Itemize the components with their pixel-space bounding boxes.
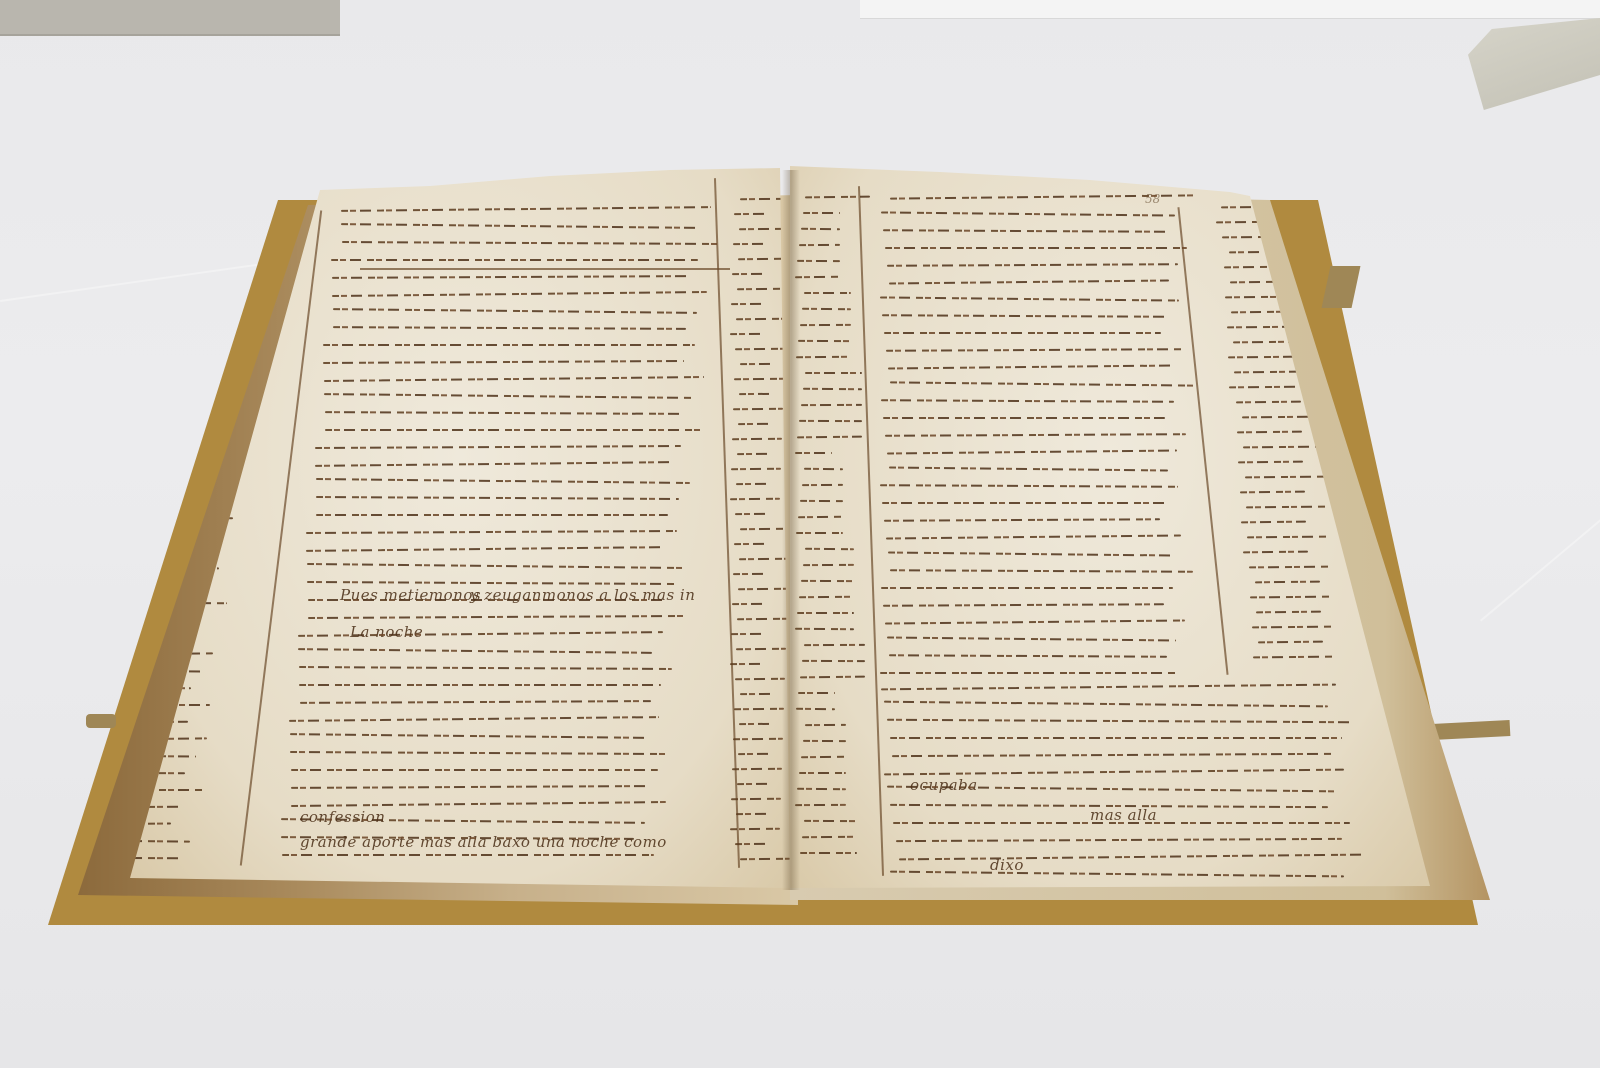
handwriting-line (1256, 611, 1321, 614)
handwriting-line (805, 372, 862, 374)
handwriting-line (802, 308, 851, 311)
handwriting-line (315, 445, 681, 449)
handwriting-line (1246, 506, 1326, 509)
handwriting-line (890, 871, 1344, 878)
handwriting-line (800, 852, 857, 854)
handwriting-line (323, 360, 684, 364)
handwriting-line (732, 603, 767, 605)
handwriting-line (1229, 386, 1309, 389)
handwriting-line (734, 213, 769, 215)
handwriting-line (797, 260, 840, 262)
handwriting-line (332, 291, 707, 297)
handwriting-line (737, 288, 787, 291)
handwriting-line (298, 648, 652, 654)
handwriting-line (307, 563, 686, 569)
handwriting-line (736, 483, 771, 485)
handwriting-line (333, 326, 686, 330)
handwriting-line (130, 857, 179, 860)
handwriting-line (880, 484, 1178, 488)
handwriting-line (803, 388, 862, 391)
section-rule (360, 268, 730, 270)
handwriting-line (740, 693, 775, 695)
handwriting-line (731, 798, 781, 801)
handwriting-line (132, 347, 235, 350)
handwriting-line (887, 636, 1176, 641)
handwriting-line (882, 502, 1169, 504)
handwriting-line (307, 581, 675, 585)
handwriting-line (883, 603, 1164, 606)
handwriting-line (801, 404, 862, 406)
handwriting-line (316, 496, 679, 500)
handwriting-line (1241, 521, 1306, 524)
handwriting-line (795, 452, 832, 454)
handwriting-line (888, 365, 1173, 370)
handwriting-line (300, 700, 651, 704)
cover-tie-left (86, 714, 116, 728)
handwriting-line (888, 552, 1172, 557)
handwriting-line (797, 788, 846, 791)
handwriting-line (132, 364, 224, 366)
handwriting-line (282, 854, 654, 856)
handwriting-line (1243, 551, 1308, 554)
handwriting-line (805, 548, 854, 551)
handwriting-line (342, 241, 720, 245)
handwriting-line (884, 769, 1344, 776)
handwriting-fragment: Pues metiemonos (340, 586, 481, 604)
handwriting-line (734, 378, 784, 381)
handwriting-line (341, 206, 711, 212)
handwriting-line (881, 399, 1174, 403)
handwriting-line (738, 753, 773, 755)
handwriting-line (740, 363, 775, 365)
handwriting-line (799, 420, 862, 422)
handwriting-line (883, 417, 1165, 419)
handwriting-line (1240, 491, 1305, 494)
handwriting-line (299, 666, 672, 670)
handwriting-line (736, 648, 786, 651)
handwriting-line (730, 663, 765, 665)
handwriting-line (291, 769, 658, 771)
margin-rule (714, 178, 740, 868)
handwriting-line (143, 296, 249, 299)
handwriting-line (732, 273, 767, 275)
handwriting-line (795, 628, 854, 631)
handwriting-line (332, 275, 688, 279)
handwriting-line (738, 588, 788, 591)
book-gutter (782, 170, 800, 890)
handwriting-line (885, 433, 1186, 437)
handwriting-line (802, 660, 865, 662)
handwriting-line (880, 672, 1177, 674)
handwriting-line (733, 738, 783, 741)
handwriting-line (730, 333, 765, 335)
handwriting-line (732, 768, 782, 771)
book-weight (1468, 18, 1600, 110)
handwriting-line (738, 258, 788, 261)
handwriting-line (733, 243, 768, 245)
handwriting-line (1249, 566, 1329, 569)
handwriting-line (884, 701, 1328, 708)
handwriting-line (736, 318, 786, 321)
handwriting-line (731, 303, 766, 305)
handwriting-line (1255, 581, 1320, 584)
storage-box (0, 0, 340, 36)
handwriting-line (291, 801, 666, 807)
handwriting-line (884, 332, 1161, 334)
handwriting-line (885, 247, 1187, 249)
handwriting-line (736, 813, 771, 815)
handwriting-line (143, 244, 252, 247)
handwriting-line (738, 423, 773, 425)
handwriting-line (737, 783, 772, 785)
manuscript-page-left: Pues metiemonos y zeuganmonos a los mas … (130, 168, 790, 888)
margin-rule (1177, 207, 1228, 675)
handwriting-line (290, 751, 668, 755)
handwriting-line (803, 740, 846, 742)
handwriting-line (1238, 461, 1303, 464)
handwriting-line (890, 569, 1193, 573)
handwriting-line (803, 212, 840, 214)
handwriting-fragment: y zeuganmonos a los mas in (470, 586, 695, 604)
handwriting-line (881, 587, 1173, 589)
handwriting-line (333, 308, 697, 314)
handwriting-line (803, 564, 854, 566)
handwriting-line (290, 733, 649, 739)
handwriting-line (801, 756, 846, 758)
handwriting-line (795, 804, 846, 806)
handwriting-line (316, 514, 668, 516)
handwriting-line (1237, 431, 1302, 434)
handwriting-line (804, 820, 857, 822)
handwriting-line (331, 259, 698, 261)
handwriting-line (1245, 476, 1325, 479)
handwriting-line (1252, 626, 1332, 629)
handwriting-line (739, 393, 774, 395)
handwriting-line (1258, 641, 1323, 644)
handwriting-line (733, 408, 783, 411)
handwriting-line (889, 467, 1168, 472)
handwriting-line (734, 708, 784, 711)
handwriting-line (798, 692, 835, 694)
handwriting-line (732, 438, 782, 441)
handwriting-line (798, 340, 851, 342)
cover-tie-right-bottom (1432, 720, 1511, 740)
handwriting-line (306, 546, 666, 552)
handwriting-line (730, 498, 780, 501)
handwriting-line (802, 484, 843, 486)
archival-paper (860, 0, 1600, 19)
handwriting-line (883, 229, 1166, 232)
handwriting-line (154, 227, 274, 230)
handwriting-line (739, 723, 774, 725)
handwriting-line (800, 676, 865, 679)
handwriting-line (325, 429, 702, 431)
handwriting-line (797, 612, 854, 614)
handwriting-line (802, 836, 857, 839)
handwriting-line (886, 348, 1182, 352)
handwriting-line (730, 828, 780, 831)
handwriting-fragment: La noche (350, 623, 423, 641)
handwriting-line (887, 449, 1177, 454)
handwriting-line (1236, 401, 1301, 404)
handwriting-line (795, 276, 840, 278)
handwriting-line (899, 854, 1364, 861)
handwriting-line (885, 619, 1185, 624)
handwriting-line (804, 644, 865, 646)
handwriting-line (893, 822, 1350, 824)
handwriting-line (800, 324, 851, 326)
handwriting-fragment: confession (300, 808, 385, 826)
handwriting-line (299, 684, 661, 686)
handwriting-line (889, 280, 1169, 285)
handwriting-line (889, 654, 1167, 657)
handwriting-line (308, 615, 684, 619)
handwriting-line (735, 348, 785, 351)
handwriting-line (880, 296, 1179, 301)
handwriting-line (804, 292, 851, 294)
handwriting-line (805, 724, 846, 726)
handwriting-line (325, 411, 683, 415)
handwriting-line (737, 453, 772, 455)
handwriting-line (800, 500, 843, 502)
handwriting-line (796, 708, 835, 710)
handwriting-line (801, 580, 854, 582)
handwriting-line (324, 393, 693, 399)
handwriting-line (886, 534, 1181, 539)
cloth-crease (1480, 491, 1600, 621)
handwriting-line (291, 785, 647, 789)
handwriting-line (896, 838, 1342, 842)
handwriting-line (733, 573, 768, 575)
handwriting-line (881, 211, 1175, 216)
handwriting-line (306, 530, 677, 534)
handwriting-line (890, 737, 1342, 739)
handwriting-line (796, 532, 843, 534)
handwriting-line (143, 262, 241, 265)
handwriting-line (316, 478, 690, 484)
handwriting-line (341, 223, 700, 229)
handwriting-line (799, 772, 846, 774)
handwriting-line (315, 461, 670, 467)
handwriting-line (804, 468, 843, 470)
handwriting-line (734, 543, 769, 545)
handwriting-line (1253, 656, 1333, 659)
handwriting-line (892, 753, 1333, 757)
handwriting-line (731, 468, 781, 471)
handwriting-line (881, 684, 1336, 691)
handwriting-line (887, 263, 1178, 267)
handwriting-line (798, 516, 843, 518)
handwriting-line (890, 381, 1194, 386)
handwriting-line (887, 719, 1350, 723)
handwriting-line (799, 596, 854, 599)
handwriting-line (308, 599, 665, 601)
handwriting-line (882, 314, 1170, 318)
handwriting-line (796, 356, 851, 359)
handwriting-line (799, 244, 840, 246)
handwriting-line (324, 376, 704, 382)
handwriting-line (143, 313, 238, 316)
handwriting-line (1243, 446, 1323, 449)
handwriting-line (797, 436, 862, 439)
handwriting-line (289, 716, 659, 722)
handwriting-line (1234, 371, 1299, 374)
margin-rule (858, 186, 884, 876)
handwriting-line (323, 344, 695, 346)
handwriting-line (735, 513, 770, 515)
handwriting-line (735, 678, 785, 681)
handwriting-line (1247, 536, 1327, 539)
handwriting-line (731, 633, 766, 635)
handwriting-line (1250, 596, 1330, 599)
handwriting-line (884, 518, 1160, 521)
handwriting-line (735, 843, 770, 845)
handwriting-line (737, 618, 787, 621)
handwriting-line (801, 228, 840, 230)
